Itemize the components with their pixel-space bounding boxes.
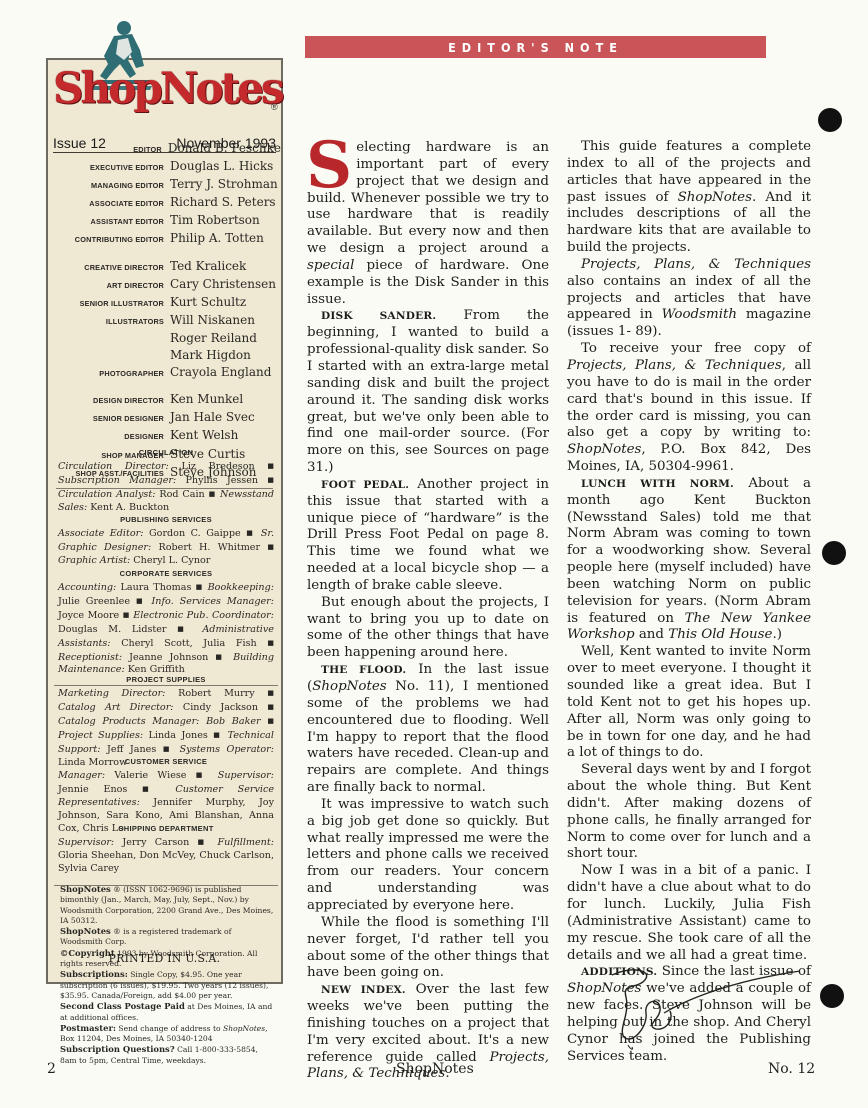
article-paragraph: THE FLOOD. In the last issue (ShopNotes … [307,662,549,797]
footer-publication: ShopNotes [396,1061,474,1077]
publication-info: ShopNotes ® (ISSN 1062-9696) is publishe… [60,884,274,1066]
registered-mark: ® [271,102,278,112]
logo-wordmark: ShopNotes [53,64,282,114]
article-paragraph: Now I was in a bit of a panic. I didn't … [567,863,811,964]
article-paragraph: Well, Kent wanted to invite Norm over to… [567,644,811,762]
staff-row: EditorDonald B. Peschke [48,140,281,158]
dept-publishing-services: PUBLISHING SERVICES Associate Editor: Go… [58,515,274,568]
staff-row: DesignerKent Welsh [48,427,281,445]
staff-row: Design DirectorKen Munkel [48,391,281,409]
binder-hole-icon [818,108,842,132]
article-column-1: Selecting hardware is an important part … [307,140,549,1083]
binder-hole-icon [822,541,846,565]
dept-project-supplies: PROJECT SUPPLIES Marketing Director: Rob… [58,675,274,769]
binder-hole-icon [820,984,844,1008]
staff-row: Executive EditorDouglas L. Hicks [48,158,281,176]
staff-row: Senior DesignerJan Hale Svec [48,409,281,427]
page-number: 2 [47,1061,56,1077]
article-paragraph: DISK SANDER. From the beginning, I wante… [307,308,549,476]
article-paragraph: While the flood is something I'll never … [307,915,549,982]
staff-row: Assistant EditorTim Robertson [48,212,281,230]
printed-in-usa: PRINTED IN U.S.A. [48,952,281,965]
staff-row: PhotographerCrayola England [48,364,281,382]
dept-circulation: CIRCULATION Circulation Director: Liz Br… [58,448,274,515]
article-paragraph: It was impressive to watch such a big jo… [307,797,549,915]
staff-row: Art DirectorCary Christensen [48,276,281,294]
editor-signature-icon [604,967,804,1052]
article-paragraph: FOOT PEDAL. Another project in this issu… [307,477,549,595]
footer-issue-number: No. 12 [768,1061,815,1077]
section-banner: EDITOR'S NOTE [305,36,766,58]
staff-row: Roger Reiland [48,330,281,347]
banner-title: EDITOR'S NOTE [448,40,623,55]
staff-row: Associate EditorRichard S. Peters [48,194,281,212]
staff-list: EditorDonald B. Peschke Executive Editor… [48,140,281,489]
article-paragraph: LUNCH WITH NORM. About a month ago Kent … [567,476,811,644]
article-paragraph: But enough about the projects, I want to… [307,595,549,662]
staff-row: Managing EditorTerry J. Strohman [48,176,281,194]
dept-corporate-services: CORPORATE SERVICES Accounting: Laura Tho… [58,569,274,686]
dept-shipping: SHIPPING DEPARTMENT Supervisor: Jerry Ca… [58,824,274,886]
article-paragraph: To receive your free copy of Projects, P… [567,341,811,476]
staff-row: Senior IllustratorKurt Schultz [48,294,281,312]
drop-cap: S [306,140,352,192]
shopnotes-logo: ShopNotes ® [48,20,285,135]
article-paragraph: Projects, Plans, & Techniques also conta… [567,257,811,341]
article-paragraph: This guide features a complete index to … [567,139,811,257]
article-paragraph: Selecting hardware is an important part … [307,140,549,308]
staff-row: IllustratorsWill Niskanen [48,312,281,330]
masthead-sidebar: ShopNotes ® Issue 12 November 1993 Edito… [46,58,283,984]
staff-row: Mark Higdon [48,347,281,364]
staff-row: Creative DirectorTed Kralicek [48,258,281,276]
article-column-2: This guide features a complete index to … [567,139,811,1065]
article-paragraph: Several days went by and I forgot about … [567,762,811,863]
staff-row: Contributing EditorPhilip A. Totten [48,230,281,248]
